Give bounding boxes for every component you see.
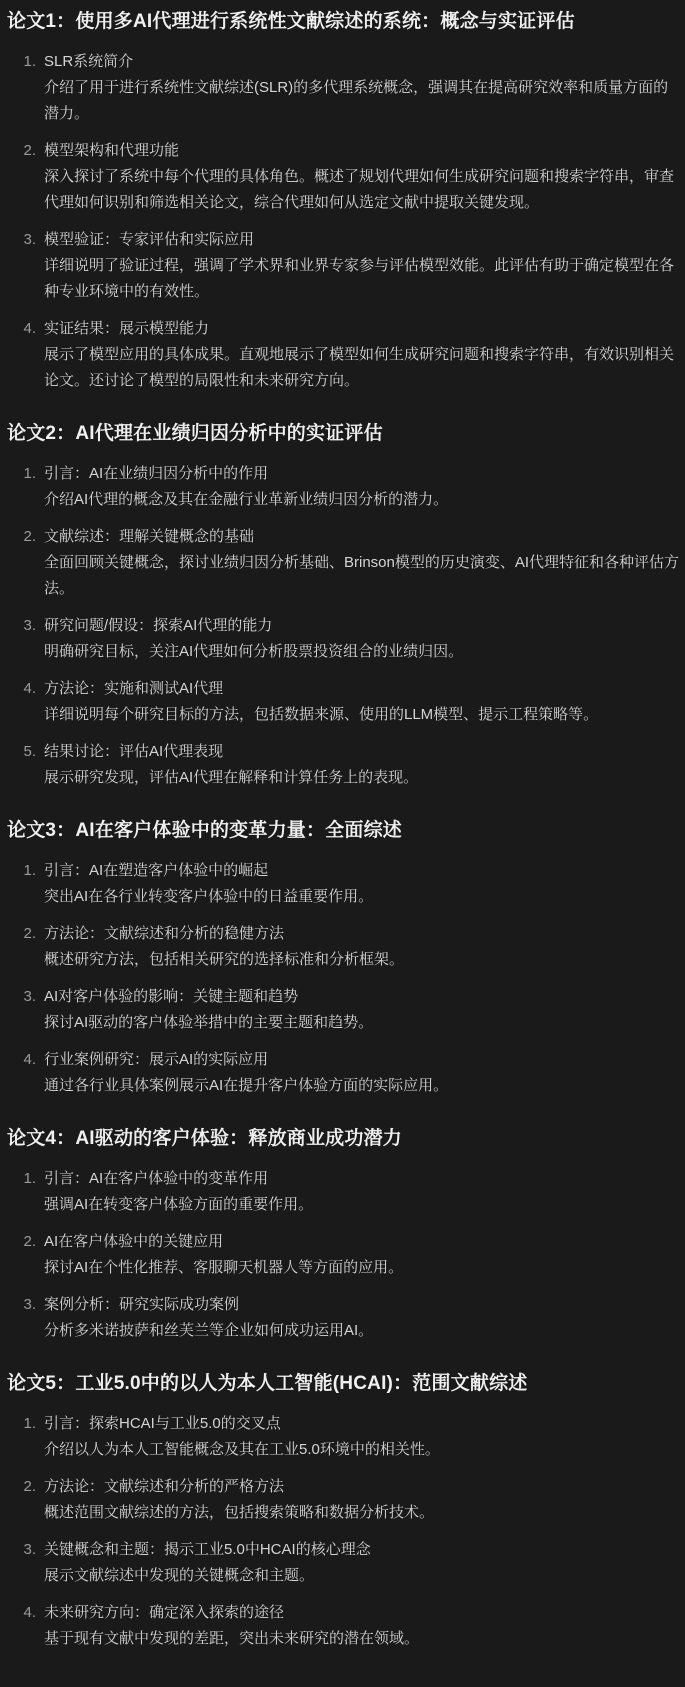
list-item-description: 介绍了用于进行系统性文献综述(SLR)的多代理系统概念，强调其在提高研究效率和质…: [44, 75, 681, 127]
list-item-description: 深入探讨了系统中每个代理的具体角色。概述了规划代理如何生成研究问题和搜索字符串，…: [44, 164, 681, 216]
list-item-number: 2.: [7, 524, 36, 602]
list-item-title: AI在客户体验中的关键应用: [44, 1229, 681, 1255]
list-item-title: 行业案例研究：展示AI的实际应用: [44, 1047, 681, 1073]
paper-title: 论文1：使用多AI代理进行系统性文献综述的系统：概念与实证评估: [7, 8, 681, 36]
list-item: 2.方法论：文献综述和分析的严格方法概述范围文献综述的方法，包括搜索策略和数据分…: [7, 1474, 681, 1526]
list-item-description: 探讨AI驱动的客户体验举措中的主要主题和趋势。: [44, 1010, 681, 1036]
list-item-title: 模型架构和代理功能: [44, 138, 681, 164]
list-item-body: 研究问题/假设：探索AI代理的能力明确研究目标，关注AI代理如何分析股票投资组合…: [44, 613, 681, 665]
list-item: 2.文献综述：理解关键概念的基础全面回顾关键概念，探讨业绩归因分析基础、Brin…: [7, 524, 681, 602]
list-item: 1.SLR系统简介介绍了用于进行系统性文献综述(SLR)的多代理系统概念，强调其…: [7, 49, 681, 127]
list-item: 2.方法论：文献综述和分析的稳健方法概述研究方法，包括相关研究的选择标准和分析框…: [7, 921, 681, 973]
paper-title: 论文5：工业5.0中的以人为本人工智能(HCAI)：范围文献综述: [7, 1370, 681, 1398]
list-item-description: 强调AI在转变客户体验方面的重要作用。: [44, 1192, 681, 1218]
list-item-number: 3.: [7, 227, 36, 305]
list-item-number: 3.: [7, 1292, 36, 1344]
list-item-title: 引言：AI在业绩归因分析中的作用: [44, 461, 681, 487]
paper-section: 论文5：工业5.0中的以人为本人工智能(HCAI)：范围文献综述1.引言：探索H…: [7, 1370, 681, 1652]
list-item-body: 结果讨论：评估AI代理表现展示研究发现，评估AI代理在解释和计算任务上的表现。: [44, 739, 681, 791]
paper-section: 论文2：AI代理在业绩归因分析中的实证评估1.引言：AI在业绩归因分析中的作用介…: [7, 420, 681, 791]
list-item-body: 方法论：文献综述和分析的严格方法概述范围文献综述的方法，包括搜索策略和数据分析技…: [44, 1474, 681, 1526]
list-item-title: AI对客户体验的影响：关键主题和趋势: [44, 984, 681, 1010]
list-item-body: SLR系统简介介绍了用于进行系统性文献综述(SLR)的多代理系统概念，强调其在提…: [44, 49, 681, 127]
list-item-body: 引言：AI在塑造客户体验中的崛起突出AI在各行业转变客户体验中的日益重要作用。: [44, 858, 681, 910]
list-item-number: 3.: [7, 613, 36, 665]
paper-section: 论文4：AI驱动的客户体验：释放商业成功潜力1.引言：AI在客户体验中的变革作用…: [7, 1125, 681, 1344]
paper-item-list: 1.引言：AI在塑造客户体验中的崛起突出AI在各行业转变客户体验中的日益重要作用…: [7, 858, 681, 1099]
list-item-body: AI在客户体验中的关键应用探讨AI在个性化推荐、客服聊天机器人等方面的应用。: [44, 1229, 681, 1281]
list-item-title: SLR系统简介: [44, 49, 681, 75]
list-item-title: 结果讨论：评估AI代理表现: [44, 739, 681, 765]
list-item-description: 概述研究方法，包括相关研究的选择标准和分析框架。: [44, 947, 681, 973]
list-item-description: 全面回顾关键概念，探讨业绩归因分析基础、Brinson模型的历史演变、AI代理特…: [44, 550, 681, 602]
list-item-body: 未来研究方向：确定深入探索的途径基于现有文献中发现的差距，突出未来研究的潜在领域…: [44, 1600, 681, 1652]
list-item-number: 4.: [7, 1047, 36, 1099]
list-item-number: 5.: [7, 739, 36, 791]
list-item: 5.结果讨论：评估AI代理表现展示研究发现，评估AI代理在解释和计算任务上的表现…: [7, 739, 681, 791]
list-item-description: 基于现有文献中发现的差距，突出未来研究的潜在领域。: [44, 1626, 681, 1652]
list-item: 4.行业案例研究：展示AI的实际应用通过各行业具体案例展示AI在提升客户体验方面…: [7, 1047, 681, 1099]
list-item: 1.引言：AI在客户体验中的变革作用强调AI在转变客户体验方面的重要作用。: [7, 1166, 681, 1218]
list-item-description: 概述范围文献综述的方法，包括搜索策略和数据分析技术。: [44, 1500, 681, 1526]
list-item: 1.引言：AI在业绩归因分析中的作用介绍AI代理的概念及其在金融行业革新业绩归因…: [7, 461, 681, 513]
list-item: 3.AI对客户体验的影响：关键主题和趋势探讨AI驱动的客户体验举措中的主要主题和…: [7, 984, 681, 1036]
list-item-number: 1.: [7, 1411, 36, 1463]
list-item-body: 案例分析：研究实际成功案例分析多米诺披萨和丝芙兰等企业如何成功运用AI。: [44, 1292, 681, 1344]
list-item-title: 研究问题/假设：探索AI代理的能力: [44, 613, 681, 639]
list-item-body: 引言：AI在业绩归因分析中的作用介绍AI代理的概念及其在金融行业革新业绩归因分析…: [44, 461, 681, 513]
list-item-description: 明确研究目标，关注AI代理如何分析股票投资组合的业绩归因。: [44, 639, 681, 665]
list-item-body: 实证结果：展示模型能力展示了模型应用的具体成果。直观地展示了模型如何生成研究问题…: [44, 316, 681, 394]
paper-item-list: 1.引言：AI在业绩归因分析中的作用介绍AI代理的概念及其在金融行业革新业绩归因…: [7, 461, 681, 791]
list-item: 1.引言：探索HCAI与工业5.0的交叉点介绍以人为本人工智能概念及其在工业5.…: [7, 1411, 681, 1463]
list-item-description: 介绍AI代理的概念及其在金融行业革新业绩归因分析的潜力。: [44, 487, 681, 513]
list-item-description: 展示研究发现，评估AI代理在解释和计算任务上的表现。: [44, 765, 681, 791]
list-item-title: 方法论：文献综述和分析的稳健方法: [44, 921, 681, 947]
list-item-body: AI对客户体验的影响：关键主题和趋势探讨AI驱动的客户体验举措中的主要主题和趋势…: [44, 984, 681, 1036]
list-item-number: 2.: [7, 1229, 36, 1281]
list-item: 4.实证结果：展示模型能力展示了模型应用的具体成果。直观地展示了模型如何生成研究…: [7, 316, 681, 394]
list-item-description: 展示文献综述中发现的关键概念和主题。: [44, 1563, 681, 1589]
list-item-body: 行业案例研究：展示AI的实际应用通过各行业具体案例展示AI在提升客户体验方面的实…: [44, 1047, 681, 1099]
paper-section: 论文1：使用多AI代理进行系统性文献综述的系统：概念与实证评估1.SLR系统简介…: [7, 8, 681, 394]
paper-item-list: 1.引言：探索HCAI与工业5.0的交叉点介绍以人为本人工智能概念及其在工业5.…: [7, 1411, 681, 1652]
list-item-number: 1.: [7, 1166, 36, 1218]
list-item: 2.模型架构和代理功能深入探讨了系统中每个代理的具体角色。概述了规划代理如何生成…: [7, 138, 681, 216]
list-item-number: 1.: [7, 49, 36, 127]
list-item-body: 引言：AI在客户体验中的变革作用强调AI在转变客户体验方面的重要作用。: [44, 1166, 681, 1218]
list-item-number: 2.: [7, 138, 36, 216]
list-item-description: 突出AI在各行业转变客户体验中的日益重要作用。: [44, 884, 681, 910]
paper-item-list: 1.SLR系统简介介绍了用于进行系统性文献综述(SLR)的多代理系统概念，强调其…: [7, 49, 681, 394]
list-item-description: 介绍以人为本人工智能概念及其在工业5.0环境中的相关性。: [44, 1437, 681, 1463]
list-item-description: 详细说明了验证过程，强调了学术界和业界专家参与评估模型效能。此评估有助于确定模型…: [44, 253, 681, 305]
list-item-title: 未来研究方向：确定深入探索的途径: [44, 1600, 681, 1626]
document-page: { "theme": { "background": "#1a1a1a", "h…: [0, 0, 685, 1687]
paper-item-list: 1.引言：AI在客户体验中的变革作用强调AI在转变客户体验方面的重要作用。2.A…: [7, 1166, 681, 1344]
list-item-description: 探讨AI在个性化推荐、客服聊天机器人等方面的应用。: [44, 1255, 681, 1281]
list-item: 3.模型验证：专家评估和实际应用详细说明了验证过程，强调了学术界和业界专家参与评…: [7, 227, 681, 305]
list-item-description: 展示了模型应用的具体成果。直观地展示了模型如何生成研究问题和搜索字符串，有效识别…: [44, 342, 681, 394]
list-item-number: 4.: [7, 1600, 36, 1652]
list-item-description: 通过各行业具体案例展示AI在提升客户体验方面的实际应用。: [44, 1073, 681, 1099]
list-item-body: 模型架构和代理功能深入探讨了系统中每个代理的具体角色。概述了规划代理如何生成研究…: [44, 138, 681, 216]
list-item-body: 文献综述：理解关键概念的基础全面回顾关键概念，探讨业绩归因分析基础、Brinso…: [44, 524, 681, 602]
list-item-number: 4.: [7, 316, 36, 394]
list-item-number: 3.: [7, 1537, 36, 1589]
list-item-title: 引言：AI在客户体验中的变革作用: [44, 1166, 681, 1192]
list-item-description: 分析多米诺披萨和丝芙兰等企业如何成功运用AI。: [44, 1318, 681, 1344]
list-item-title: 方法论：实施和测试AI代理: [44, 676, 681, 702]
list-item-description: 详细说明每个研究目标的方法，包括数据来源、使用的LLM模型、提示工程策略等。: [44, 702, 681, 728]
list-item-number: 1.: [7, 858, 36, 910]
list-item-body: 方法论：文献综述和分析的稳健方法概述研究方法，包括相关研究的选择标准和分析框架。: [44, 921, 681, 973]
list-item-title: 实证结果：展示模型能力: [44, 316, 681, 342]
list-item: 2.AI在客户体验中的关键应用探讨AI在个性化推荐、客服聊天机器人等方面的应用。: [7, 1229, 681, 1281]
list-item-title: 引言：AI在塑造客户体验中的崛起: [44, 858, 681, 884]
list-item: 3.研究问题/假设：探索AI代理的能力明确研究目标，关注AI代理如何分析股票投资…: [7, 613, 681, 665]
paper-title: 论文4：AI驱动的客户体验：释放商业成功潜力: [7, 1125, 681, 1153]
list-item: 1.引言：AI在塑造客户体验中的崛起突出AI在各行业转变客户体验中的日益重要作用…: [7, 858, 681, 910]
list-item-title: 关键概念和主题：揭示工业5.0中HCAI的核心理念: [44, 1537, 681, 1563]
list-item: 4.未来研究方向：确定深入探索的途径基于现有文献中发现的差距，突出未来研究的潜在…: [7, 1600, 681, 1652]
list-item: 3.案例分析：研究实际成功案例分析多米诺披萨和丝芙兰等企业如何成功运用AI。: [7, 1292, 681, 1344]
paper-section: 论文3：AI在客户体验中的变革力量：全面综述1.引言：AI在塑造客户体验中的崛起…: [7, 817, 681, 1099]
paper-title: 论文2：AI代理在业绩归因分析中的实证评估: [7, 420, 681, 448]
list-item-body: 模型验证：专家评估和实际应用详细说明了验证过程，强调了学术界和业界专家参与评估模…: [44, 227, 681, 305]
list-item-title: 方法论：文献综述和分析的严格方法: [44, 1474, 681, 1500]
list-item-body: 引言：探索HCAI与工业5.0的交叉点介绍以人为本人工智能概念及其在工业5.0环…: [44, 1411, 681, 1463]
list-item-number: 2.: [7, 1474, 36, 1526]
list-item: 4.方法论：实施和测试AI代理详细说明每个研究目标的方法，包括数据来源、使用的L…: [7, 676, 681, 728]
list-item-title: 引言：探索HCAI与工业5.0的交叉点: [44, 1411, 681, 1437]
list-item-number: 1.: [7, 461, 36, 513]
list-item-title: 文献综述：理解关键概念的基础: [44, 524, 681, 550]
paper-title: 论文3：AI在客户体验中的变革力量：全面综述: [7, 817, 681, 845]
list-item-number: 2.: [7, 921, 36, 973]
papers-outline: 论文1：使用多AI代理进行系统性文献综述的系统：概念与实证评估1.SLR系统简介…: [7, 8, 681, 1652]
list-item-body: 关键概念和主题：揭示工业5.0中HCAI的核心理念展示文献综述中发现的关键概念和…: [44, 1537, 681, 1589]
list-item-body: 方法论：实施和测试AI代理详细说明每个研究目标的方法，包括数据来源、使用的LLM…: [44, 676, 681, 728]
list-item: 3.关键概念和主题：揭示工业5.0中HCAI的核心理念展示文献综述中发现的关键概…: [7, 1537, 681, 1589]
list-item-number: 3.: [7, 984, 36, 1036]
list-item-title: 案例分析：研究实际成功案例: [44, 1292, 681, 1318]
list-item-number: 4.: [7, 676, 36, 728]
list-item-title: 模型验证：专家评估和实际应用: [44, 227, 681, 253]
